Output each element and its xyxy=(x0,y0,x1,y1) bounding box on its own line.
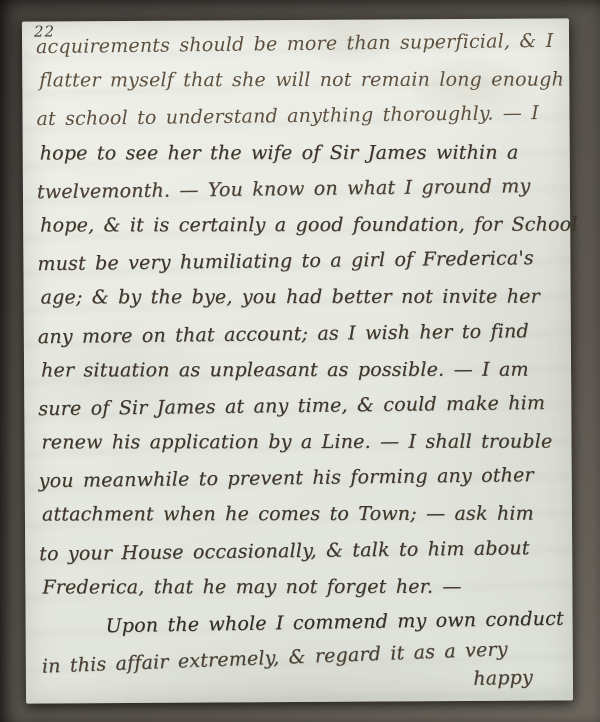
manuscript-line: at school to understand anything thoroug… xyxy=(36,95,561,138)
manuscript-line: renew his application by a Line. — I sha… xyxy=(41,424,566,461)
manuscript-line: you meanwhile to prevent his forming any… xyxy=(39,457,564,500)
manuscript-line: her situation as unpleasant as possible.… xyxy=(41,351,566,388)
manuscript-line: hope, & it is certainly a good foundatio… xyxy=(40,206,565,243)
manuscript-line: flatter myself that she will not remain … xyxy=(39,62,564,99)
manuscript-page: 22 acquirements should be more than supe… xyxy=(22,18,573,703)
manuscript-line: age; & by the bye, you had better not in… xyxy=(41,279,566,316)
manuscript-line: any more on that account; as I wish her … xyxy=(38,312,563,355)
manuscript-line: acquirements should be more than superfi… xyxy=(36,23,561,66)
manuscript-line: to your House occasionally, & talk to hi… xyxy=(39,529,564,572)
manuscript-line: Frederica, that he may not forget her. — xyxy=(42,568,567,605)
manuscript-line: sure of Sir James at any time, & could m… xyxy=(38,385,563,428)
photo-background: 22 acquirements should be more than supe… xyxy=(0,0,600,722)
manuscript-line: must be very humiliating to a girl of Fr… xyxy=(37,240,562,283)
manuscript-line: hope to see her the wife of Sir James wi… xyxy=(40,134,565,171)
manuscript-line: twelvemonth. — You know on what I ground… xyxy=(37,168,562,211)
manuscript-text: acquirements should be more than superfi… xyxy=(34,24,563,703)
manuscript-line: attachment when he comes to Town; — ask … xyxy=(42,496,567,533)
